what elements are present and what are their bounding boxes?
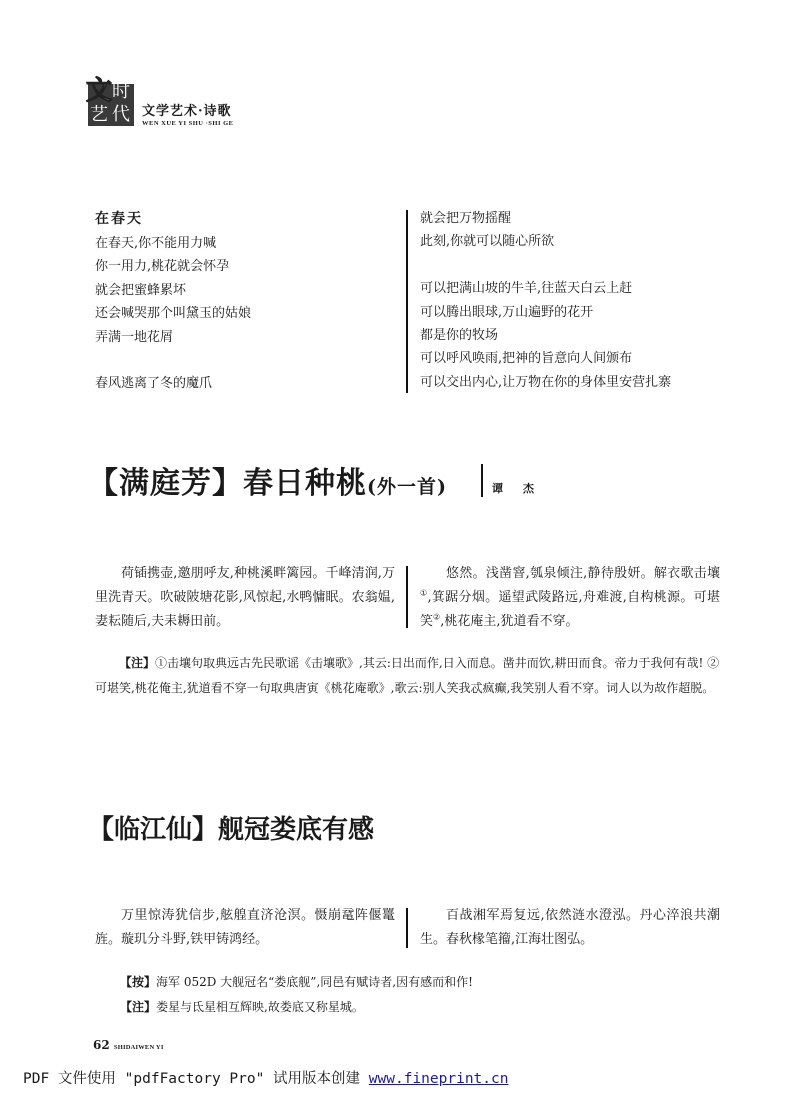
column-pinyin: WEN XUE YI SHU ·SHI GE <box>142 121 234 128</box>
logo-char-wen: 文 <box>86 78 112 104</box>
column-divider <box>406 908 408 948</box>
note-label: 【按】 <box>120 975 156 989</box>
ci-stanza-upper: 万里惊涛犹信步,舷艎直济沧溟。慑崩鼋阵偃鼍旌。璇玑分斗野,铁甲铸鸿经。 <box>95 904 395 952</box>
poem-right-column: 就会把万物摇醒 此刻,你就可以随心所欲 可以把满山坡的牛羊,往蓝天白云上赶 可以… <box>420 207 740 394</box>
note-label: 【注】 <box>119 656 155 670</box>
column-divider <box>406 210 408 393</box>
logo-char-dai: 代 <box>112 106 130 124</box>
author-name: 谭杰 <box>492 483 534 495</box>
poem-line: 可以腾出眼球,万山遍野的花开 <box>420 301 740 324</box>
ci-stanza-lower: 百战湘军焉复远,依然涟水澄泓。丹心淬浪共潮生。春秋椽笔籀,江海壮图弘。 <box>420 904 720 952</box>
poem-left-column: 在春天 在春天,你不能用力喊 你一用力,桃花就会怀孕 就会把蜜蜂累坏 还会喊哭那… <box>95 208 395 396</box>
ci-stanza-upper: 荷锸携壶,邀朋呼友,种桃溪畔篱园。千峰清润,万里洗青天。吹破陂塘花影,风惊起,水… <box>95 562 395 634</box>
poem-line: 就会把万物摇醒 <box>420 207 740 230</box>
pdf-watermark: PDF 文件使用 "pdfFactory Pro" 试用版本创建 www.fin… <box>23 1070 508 1088</box>
page-number: 62 <box>93 1038 110 1052</box>
column-divider <box>406 566 408 628</box>
ci-title: 【满庭芳】春日种桃(外一首) <box>88 462 447 509</box>
poem-line: 此刻,你就可以随心所欲 <box>420 230 740 253</box>
author-surname: 谭 <box>492 482 503 495</box>
logo-char-shi: 时 <box>112 83 130 101</box>
poem-line: 春风逃离了冬的魔爪 <box>95 372 395 395</box>
annotation-notes: 【按】海军 052D 大舰冠名“娄底舰”,同邑有赋诗者,因有感而和作! 【注】娄… <box>120 970 473 1020</box>
note-text: ①击壤句取典远古先民歌谣《击壤歌》,其云:日出而作,日入而息。凿井而饮,耕田而食… <box>95 656 719 695</box>
poem-line: 你一用力,桃花就会怀孕 <box>95 255 395 278</box>
page-folio: 62 SHIDAIWEN YI <box>93 1038 164 1055</box>
annotation-note: 【注】①击壤句取典远古先民歌谣《击壤歌》,其云:日出而作,日入而息。凿井而饮,耕… <box>95 651 720 701</box>
poem-line: 就会把蜜蜂累坏 <box>95 279 395 302</box>
poem-line: 可以把满山坡的牛羊,往蓝天白云上赶 <box>420 277 740 300</box>
note-zhu: 【注】娄星与氐星相互辉映,故娄底又称星城。 <box>120 995 473 1020</box>
note-label: 【注】 <box>120 1000 156 1014</box>
poem-line: 在春天,你不能用力喊 <box>95 232 395 255</box>
poem-line: 可以呼风唤雨,把神的旨意向人间颁布 <box>420 347 740 370</box>
poem-line: 还会喊哭那个叫黛玉的姑娘 <box>95 302 395 325</box>
poem-title: 在春天 <box>95 208 395 232</box>
author-given-name: 杰 <box>523 482 534 495</box>
stanza-break <box>420 254 740 277</box>
publication-name: SHIDAIWEN YI <box>114 1044 164 1051</box>
column-title: 文学艺术·诗歌 <box>142 105 232 118</box>
watermark-text: PDF 文件使用 "pdfFactory Pro" 试用版本创建 <box>23 1071 369 1087</box>
ci-title-sub: (外一首) <box>367 476 447 498</box>
poem-line: 都是你的牧场 <box>420 324 740 347</box>
logo-char-yi: 艺 <box>90 106 108 124</box>
note-an: 【按】海军 052D 大舰冠名“娄底舰”,同邑有赋诗者,因有感而和作! <box>120 970 473 995</box>
ci-title: 【临江仙】舰冠娄底有感 <box>88 808 374 852</box>
poem-line: 可以交出内心,让万物在你的身体里安营扎寨 <box>420 371 740 394</box>
watermark-link[interactable]: www.fineprint.cn <box>369 1071 509 1087</box>
stanza-break <box>95 349 395 372</box>
ci-stanza-lower: 悠然。浅凿窨,瓠泉倾注,静待殷妍。解衣歌击壤①,箕踞分烟。遥望武陵路远,舟难渡,… <box>420 562 720 634</box>
poem-line: 弄满一地花屑 <box>95 326 395 349</box>
author-divider <box>481 464 483 497</box>
ci-title-main: 【满庭芳】春日种桃 <box>88 466 367 501</box>
